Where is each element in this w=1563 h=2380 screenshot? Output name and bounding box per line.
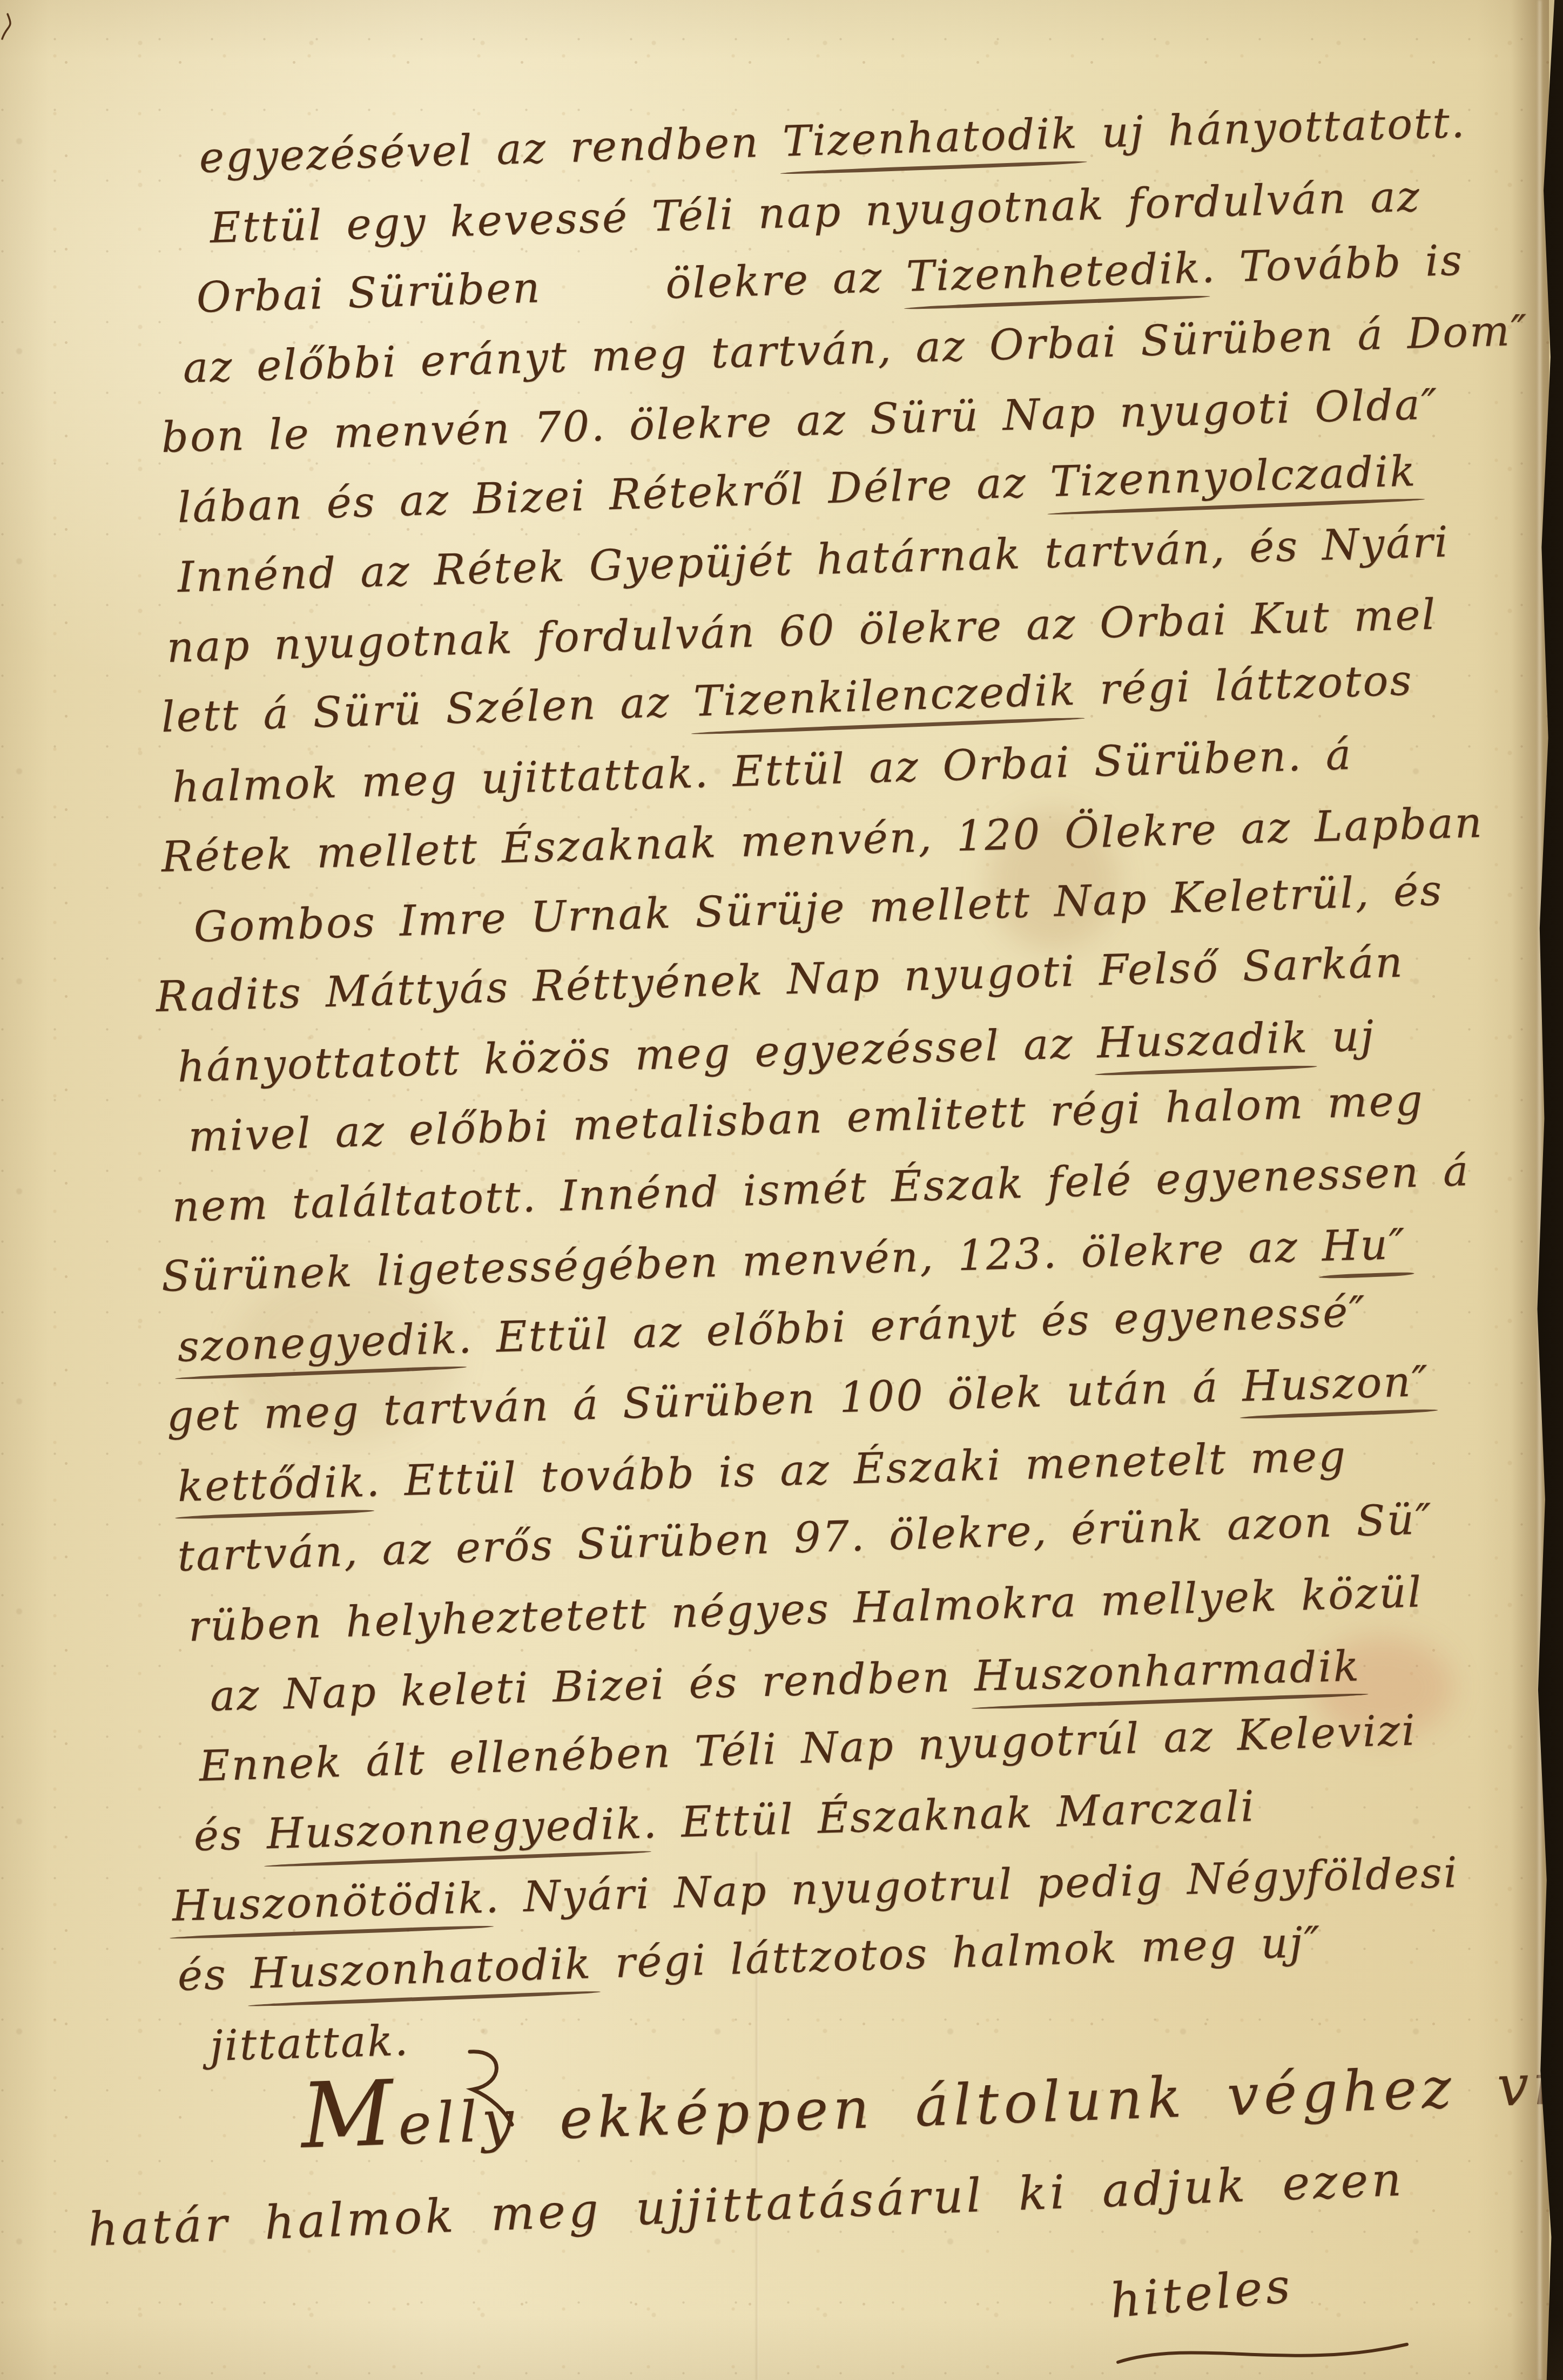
manuscript-page: egyezésével az rendben Tizenhatodik uj h…	[0, 0, 1563, 2380]
manuscript-text: Innénd az Rétek Gyepüjét határnak tartvá…	[177, 518, 1450, 602]
manuscript-text: és	[193, 1810, 267, 1861]
manuscript-line: Ettül egy kevessé Téli nap nyugotnak for…	[210, 172, 1421, 253]
manuscript-text: . Ettül tovább is az Északi menetelt meg	[366, 1432, 1348, 1506]
underlined-ordinal: Tizennyolczadik	[1049, 447, 1417, 506]
manuscript-line: kettődik. Ettül tovább is az Északi mene…	[177, 1432, 1348, 1511]
manuscript-line: Rétek mellett Északnak menvén, 120 Ölekr…	[161, 799, 1484, 882]
manuscript-text: Orbai Sürüben	[196, 263, 542, 322]
underlined-ordinal: Huszonhatodik	[250, 1939, 592, 1998]
manuscript-text: Gombos Imre Urnak Sürüje mellett Nap Kel…	[193, 866, 1444, 952]
manuscript-line: egyezésével az rendben Tizenhatodik uj h…	[198, 99, 1466, 182]
underlined-ordinal: Huszon″	[1242, 1357, 1430, 1411]
manuscript-text: egyezésével az rendben	[198, 118, 783, 182]
manuscript-text: . Ettül az előbbi erányt és egyenessé″	[457, 1288, 1367, 1363]
manuscript-text: halmok meg ujittattak. Ettül az Orbai Sü…	[171, 731, 1353, 812]
manuscript-line: Sürünek ligetességében menvén, 123. ölek…	[161, 1220, 1407, 1301]
manuscript-line: az Nap keleti Bizei és rendben Huszonhar…	[210, 1642, 1361, 1721]
underlined-ordinal: Huszonnegyedik	[266, 1800, 644, 1858]
manuscript-line: szonegyedik. Ettül az előbbi erányt és e…	[177, 1288, 1367, 1371]
manuscript-line: tartván, az erős Sürüben 97. ölekre, érü…	[177, 1495, 1433, 1581]
manuscript-line: az előbbi erányt meg tartván, az Orbai S…	[182, 306, 1529, 393]
manuscript-text: mivel az előbbi metalisban emlitett régi…	[187, 1076, 1425, 1161]
manuscript-line: halmok meg ujittattak. Ettül az Orbai Sü…	[171, 731, 1353, 812]
manuscript-text: tartván, az erős Sürüben 97. ölekre, érü…	[177, 1495, 1433, 1581]
underlined-ordinal: kettődik	[177, 1458, 367, 1511]
manuscript-text: Radits Máttyás Réttyének Nap nyugoti Fel…	[155, 938, 1404, 1022]
manuscript-text: Ennek ált ellenében Téli Nap nyugotrúl a…	[198, 1706, 1417, 1791]
manuscript-text: . Tovább is	[1201, 236, 1464, 292]
manuscript-line: és Huszonnegyedik. Ettül Északnak Marcza…	[193, 1782, 1256, 1861]
manuscript-text: és	[177, 1950, 251, 2000]
manuscript-line: Ennek ált ellenében Téli Nap nyugotrúl a…	[198, 1706, 1417, 1791]
underlined-ordinal: Tizenhetedik	[906, 244, 1202, 301]
manuscript-text: nap nyugotnak fordulván 60 ölekre az Orb…	[166, 590, 1438, 672]
underlined-ordinal: Huszonötödik	[172, 1874, 486, 1931]
underlined-ordinal: Huszadik	[1096, 1013, 1309, 1067]
manuscript-text: régi láttzotos halmok meg uj″	[591, 1918, 1322, 1988]
manuscript-line: nem találtatott. Innénd ismét Észak felé…	[171, 1147, 1470, 1232]
manuscript-line: Innénd az Rétek Gyepüjét határnak tartvá…	[177, 518, 1450, 602]
manuscript-text: rüben helyheztetett négyes Halmokra mell…	[187, 1568, 1423, 1651]
manuscript-text: . Nyári Nap nyugotrul pedig Négyföldesi	[484, 1849, 1459, 1923]
manuscript-text: . Ettül Északnak Marczali	[642, 1782, 1256, 1848]
manuscript-text: régi láttzotos	[1076, 656, 1414, 714]
manuscript-line: Gombos Imre Urnak Sürüje mellett Nap Kel…	[193, 866, 1444, 952]
manuscript-text: Ettül egy kevessé Téli nap nyugotnak for…	[210, 172, 1421, 253]
underlined-ordinal: Tizenkilenczedik	[693, 666, 1077, 726]
manuscript-line: Orbai Sürübenölekre az Tizenhetedik. Tov…	[196, 236, 1464, 322]
underlined-ordinal: Hu″	[1321, 1220, 1407, 1271]
underlined-ordinal: szonegyedik	[177, 1315, 459, 1371]
page-edge-shadow	[1511, 0, 1549, 2380]
signature-flourish	[1113, 2338, 1415, 2376]
manuscript-line: bon le menvén 70. ölekre az Sürü Nap nyu…	[161, 380, 1439, 462]
closing-sentence: Melly ekképpen áltolunk véghez vitt	[300, 2049, 1563, 2161]
underlined-ordinal: Huszonharmadik	[974, 1642, 1361, 1701]
blank-space-left-for-number	[542, 297, 666, 302]
manuscript-line: nap nyugotnak fordulván 60 ölekre az Orb…	[166, 590, 1438, 672]
manuscript-text: uj hányottatott.	[1077, 99, 1466, 158]
scanner-background-edge	[1524, 0, 1563, 2380]
manuscript-text: ölekre az	[665, 253, 907, 308]
manuscript-text: bon le menvén 70. ölekre az Sürü Nap nyu…	[161, 380, 1439, 462]
manuscript-text: az Nap keleti Bizei és rendben	[210, 1652, 975, 1721]
closing-word-hiteles: hiteles	[1108, 2257, 1295, 2329]
manuscript-line: Radits Máttyás Réttyének Nap nyugoti Fel…	[155, 938, 1404, 1022]
manuscript-text: nem találtatott. Innénd ismét Észak felé…	[171, 1147, 1470, 1232]
manuscript-line: mivel az előbbi metalisban emlitett régi…	[187, 1076, 1425, 1161]
manuscript-text: Sürünek ligetességében menvén, 123. ölek…	[161, 1222, 1323, 1301]
manuscript-text: lett á Sürü Szélen az	[160, 678, 694, 742]
manuscript-text: az előbbi erányt meg tartván, az Orbai S…	[182, 306, 1529, 393]
closing-sentence: határ halmok meg ujjittatásárul ki adjuk…	[87, 2152, 1405, 2257]
manuscript-line: lett á Sürü Szélen az Tizenkilenczedik r…	[160, 656, 1413, 742]
manuscript-line: rüben helyheztetett négyes Halmokra mell…	[187, 1568, 1423, 1651]
underlined-ordinal: Tizenhatodik	[782, 110, 1079, 166]
manuscript-text: Rétek mellett Északnak menvén, 120 Ölekr…	[161, 799, 1484, 882]
manuscript-text: hányottatott közös meg egyezéssel az	[177, 1019, 1098, 1092]
page-edge-highlight	[1538, 0, 1541, 2380]
margin-pen-mark	[0, 8, 22, 45]
manuscript-line: lában és az Bizei Rétekről Délre az Tize…	[177, 447, 1417, 532]
manuscript-text: lában és az Bizei Rétekről Délre az	[177, 458, 1050, 532]
manuscript-line: hányottatott közös meg egyezéssel az Hus…	[177, 1012, 1376, 1092]
manuscript-text: uj	[1308, 1012, 1376, 1062]
